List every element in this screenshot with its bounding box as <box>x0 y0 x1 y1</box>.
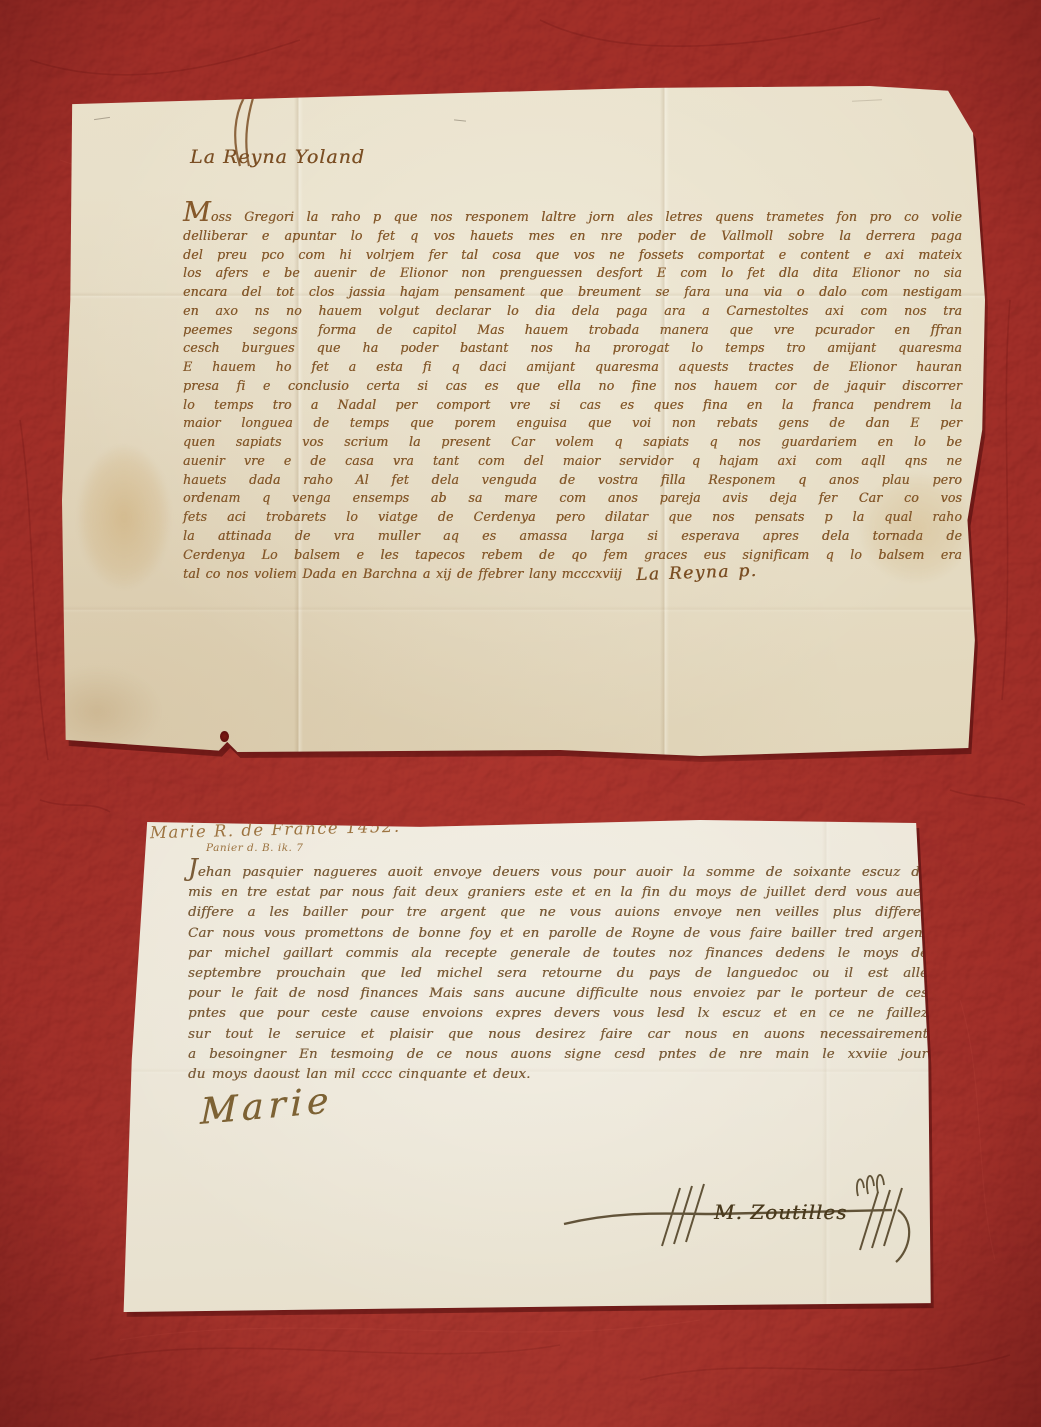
letter-body: Moss Gregori la raho p que nos responem … <box>183 204 962 584</box>
manuscript-line: peemes segons forma de capitol Mas hauem… <box>183 321 962 340</box>
manuscript-line: quen sapiats vos scrium la present Car v… <box>183 433 962 452</box>
manuscript-line: sur tout le seruice et plaisir que nous … <box>188 1025 928 1045</box>
manuscript-line: los afers e be auenir de Elionor non pre… <box>183 264 962 283</box>
manuscript-line: encara del tot clos jassia hajam pensame… <box>183 283 962 302</box>
pencil-mark <box>852 99 882 102</box>
manuscript-line: differe a les bailler pour tre argent qu… <box>188 903 928 923</box>
manuscript-line: del preu pco com hi volrjem fer tal cosa… <box>183 246 962 265</box>
manuscript-line: mis en tre estat par nous fait deux gran… <box>188 883 928 903</box>
manuscript-line: cesch burgues que ha poder bastant nos h… <box>183 339 962 358</box>
manuscript-line: delliberar e apuntar lo fet q vos hauets… <box>183 227 962 246</box>
pencil-mark <box>94 117 110 120</box>
manuscript-line: la attinada de vra muller aq es amassa l… <box>183 527 962 546</box>
manuscript-line: Moss Gregori la raho p que nos responem … <box>183 204 962 227</box>
manuscript-line: maior longuea de temps que porem enguisa… <box>183 414 962 433</box>
manuscript-line: presa fi e conclusio certa si cas es que… <box>183 377 962 396</box>
letter-body: Jehan pasquier nagueres auoit envoye deu… <box>188 860 928 1085</box>
fold-crease <box>62 606 985 613</box>
water-stain <box>78 446 170 588</box>
manuscript-line: auenir vre e de casa vra tant com del ma… <box>183 452 962 471</box>
manuscript-line: ordenam q venga ensemps ab sa mare com a… <box>183 489 962 508</box>
manuscript-line: septembre prouchain que led michel sera … <box>188 964 928 984</box>
parchment-hole <box>220 731 229 742</box>
countersignature-name: M. Zoutilles <box>714 1200 847 1224</box>
manuscript-line: lo temps tro a Nadal per comport vre si … <box>183 396 962 415</box>
queen-yolande-signature: La Reyna p. <box>636 562 758 585</box>
manuscript-line: Cerdenya Lo balsem e les tapecos rebem d… <box>183 546 962 565</box>
dateline-text: tal co nos voliem Dada en Barchna a xij … <box>183 565 622 584</box>
manuscript-line: hauets dada raho Al fet dela venguda de … <box>183 471 962 490</box>
manuscript-line: pour le fait de nosd finances Mais sans … <box>188 984 928 1004</box>
queen-marie-signature: Marie <box>200 1080 334 1133</box>
manuscript-line: pntes que pour ceste cause envoions expr… <box>188 1004 928 1024</box>
manuscript-line: a besoingner En tesmoing de ce nous auon… <box>188 1045 928 1065</box>
parchment-letter-marie: Marie R. de France 1452. Panier d. B. ik… <box>122 818 934 1314</box>
pencil-mark <box>454 119 466 121</box>
manuscript-line: E hauem ho fet a esta fi q daci amijant … <box>183 358 962 377</box>
manuscript-line: en axo ns no hauem volgut declarar lo di… <box>183 302 962 321</box>
letter-heading: La Reyna Yoland <box>190 146 365 168</box>
manuscript-line: Car nous vous promettons de bonne foy et… <box>188 924 928 944</box>
parchment-letter-yolande: La Reyna Yoland Moss Gregori la raho p q… <box>62 86 985 756</box>
secretary-countersignature: M. Zoutilles <box>562 1166 942 1266</box>
archivist-annotation-shelfmark: Panier d. B. ik. 7 <box>206 842 303 854</box>
manuscript-line: par michel gaillart commis ala recepte g… <box>188 944 928 964</box>
manuscript-line: Jehan pasquier nagueres auoit envoye deu… <box>188 860 928 883</box>
manuscript-line: tal co nos voliem Dada en Barchna a xij … <box>183 564 962 584</box>
photograph-of-two-manuscripts: La Reyna Yoland Moss Gregori la raho p q… <box>0 0 1041 1427</box>
manuscript-line: fets aci trobarets lo viatge de Cerdenya… <box>183 508 962 527</box>
